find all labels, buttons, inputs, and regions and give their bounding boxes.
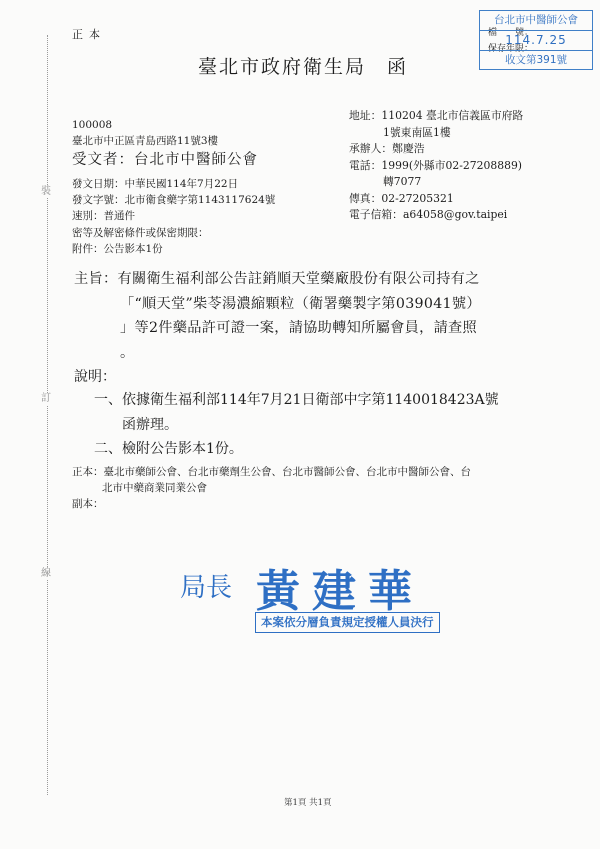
original-recipients-cont: 北市中藥商業同業公會 xyxy=(72,480,471,496)
contact-address-line2: 1號東南區1樓 xyxy=(349,125,523,142)
page-number: 第1頁 共1頁 xyxy=(284,796,332,808)
explanation-label: 說明： xyxy=(74,366,116,386)
distribution-block: 正本：臺北市藥師公會、台北市藥劑生公會、台北市醫師公會、台北市中醫師公會、台 北… xyxy=(72,464,471,512)
subject-block: 主旨：有關衛生福利部公告註銷順天堂藥廠股份有限公司持有之 「“順天堂”柴苓湯濃縮… xyxy=(74,267,481,365)
subject-line: 主旨：有關衛生福利部公告註銷順天堂藥廠股份有限公司持有之 xyxy=(74,267,481,292)
contact-block: 地址：110204 臺北市信義區市府路 1號東南區1樓 承辦人：鄭慶浩 電話：1… xyxy=(349,108,523,224)
explanation-item-1-cont: 函辦理。 xyxy=(94,413,499,438)
recipient: 受文者：台北市中醫師公會 xyxy=(72,148,258,169)
explanation-item-1: 一、依據衛生福利部114年7月21日衛部中字第1140018423A號 xyxy=(94,388,499,413)
attachment: 附件：公告影本1份 xyxy=(72,241,275,257)
subject-line: 」等2件藥品許可證一案，請協助轉知所屬會員，請查照 xyxy=(74,316,481,341)
confidentiality: 密等及解密條件或保密期限： xyxy=(72,225,275,241)
signature-title: 局長 xyxy=(180,567,232,604)
explanation-item-2: 二、檢附公告影本1份。 xyxy=(94,437,499,462)
sender-address-block: 100008 臺北市中正區青島西路11號3樓 xyxy=(72,117,218,149)
stamp-receipt-number: 收文第391號 xyxy=(480,51,592,70)
contact-phone-line1: 電話：1999(外縣市02-27208889) xyxy=(349,158,523,175)
contact-address-line1: 地址：110204 臺北市信義區市府路 xyxy=(349,108,523,125)
contact-email: 電子信箱：a64058@gov.taipei xyxy=(349,207,523,224)
stamp-date: 114.7.25 xyxy=(480,31,592,51)
copy-recipients: 副本： xyxy=(72,496,471,512)
issue-date: 發文日期：中華民國114年7月22日 xyxy=(72,176,275,192)
sender-address: 臺北市中正區青島西路11號3樓 xyxy=(72,133,218,149)
document-meta: 發文日期：中華民國114年7月22日 發文字號：北市衛食藥字第114311762… xyxy=(72,176,275,257)
subject-line: 「“順天堂”柴苓湯濃縮顆粒（衛署藥製字第039041號） xyxy=(74,292,481,317)
contact-fax: 傳真：02-27205321 xyxy=(349,191,523,208)
binding-mark-ding: 訂 xyxy=(41,393,51,405)
binding-mark-xian: 線 xyxy=(41,568,51,580)
delivery-type: 速別：普通件 xyxy=(72,208,275,224)
document-title: 臺北市政府衛生局 函 xyxy=(198,52,408,79)
copy-type-label: 正本 xyxy=(72,26,106,42)
binding-line xyxy=(47,35,48,795)
contact-phone-line2: 轉7077 xyxy=(349,174,523,191)
explanation-items: 一、依據衛生福利部114年7月21日衛部中字第1140018423A號 函辦理。… xyxy=(94,388,499,462)
sender-postal-code: 100008 xyxy=(72,117,218,133)
authorization-stamp: 本案依分層負責規定授權人員決行 xyxy=(255,612,440,633)
contact-handler: 承辦人：鄭慶浩 xyxy=(349,141,523,158)
original-recipients: 正本：臺北市藥師公會、台北市藥劑生公會、台北市醫師公會、台北市中醫師公會、台 xyxy=(72,464,471,480)
issue-number: 發文字號：北市衛食藥字第1143117624號 xyxy=(72,192,275,208)
subject-line: 。 xyxy=(74,341,481,366)
signature-name: 黃建華 xyxy=(256,555,424,619)
receipt-stamp: 台北市中醫師公會 114.7.25 收文第391號 xyxy=(479,10,593,70)
stamp-organization: 台北市中醫師公會 xyxy=(480,11,592,31)
binding-mark-zhuang: 裝 xyxy=(41,186,51,198)
